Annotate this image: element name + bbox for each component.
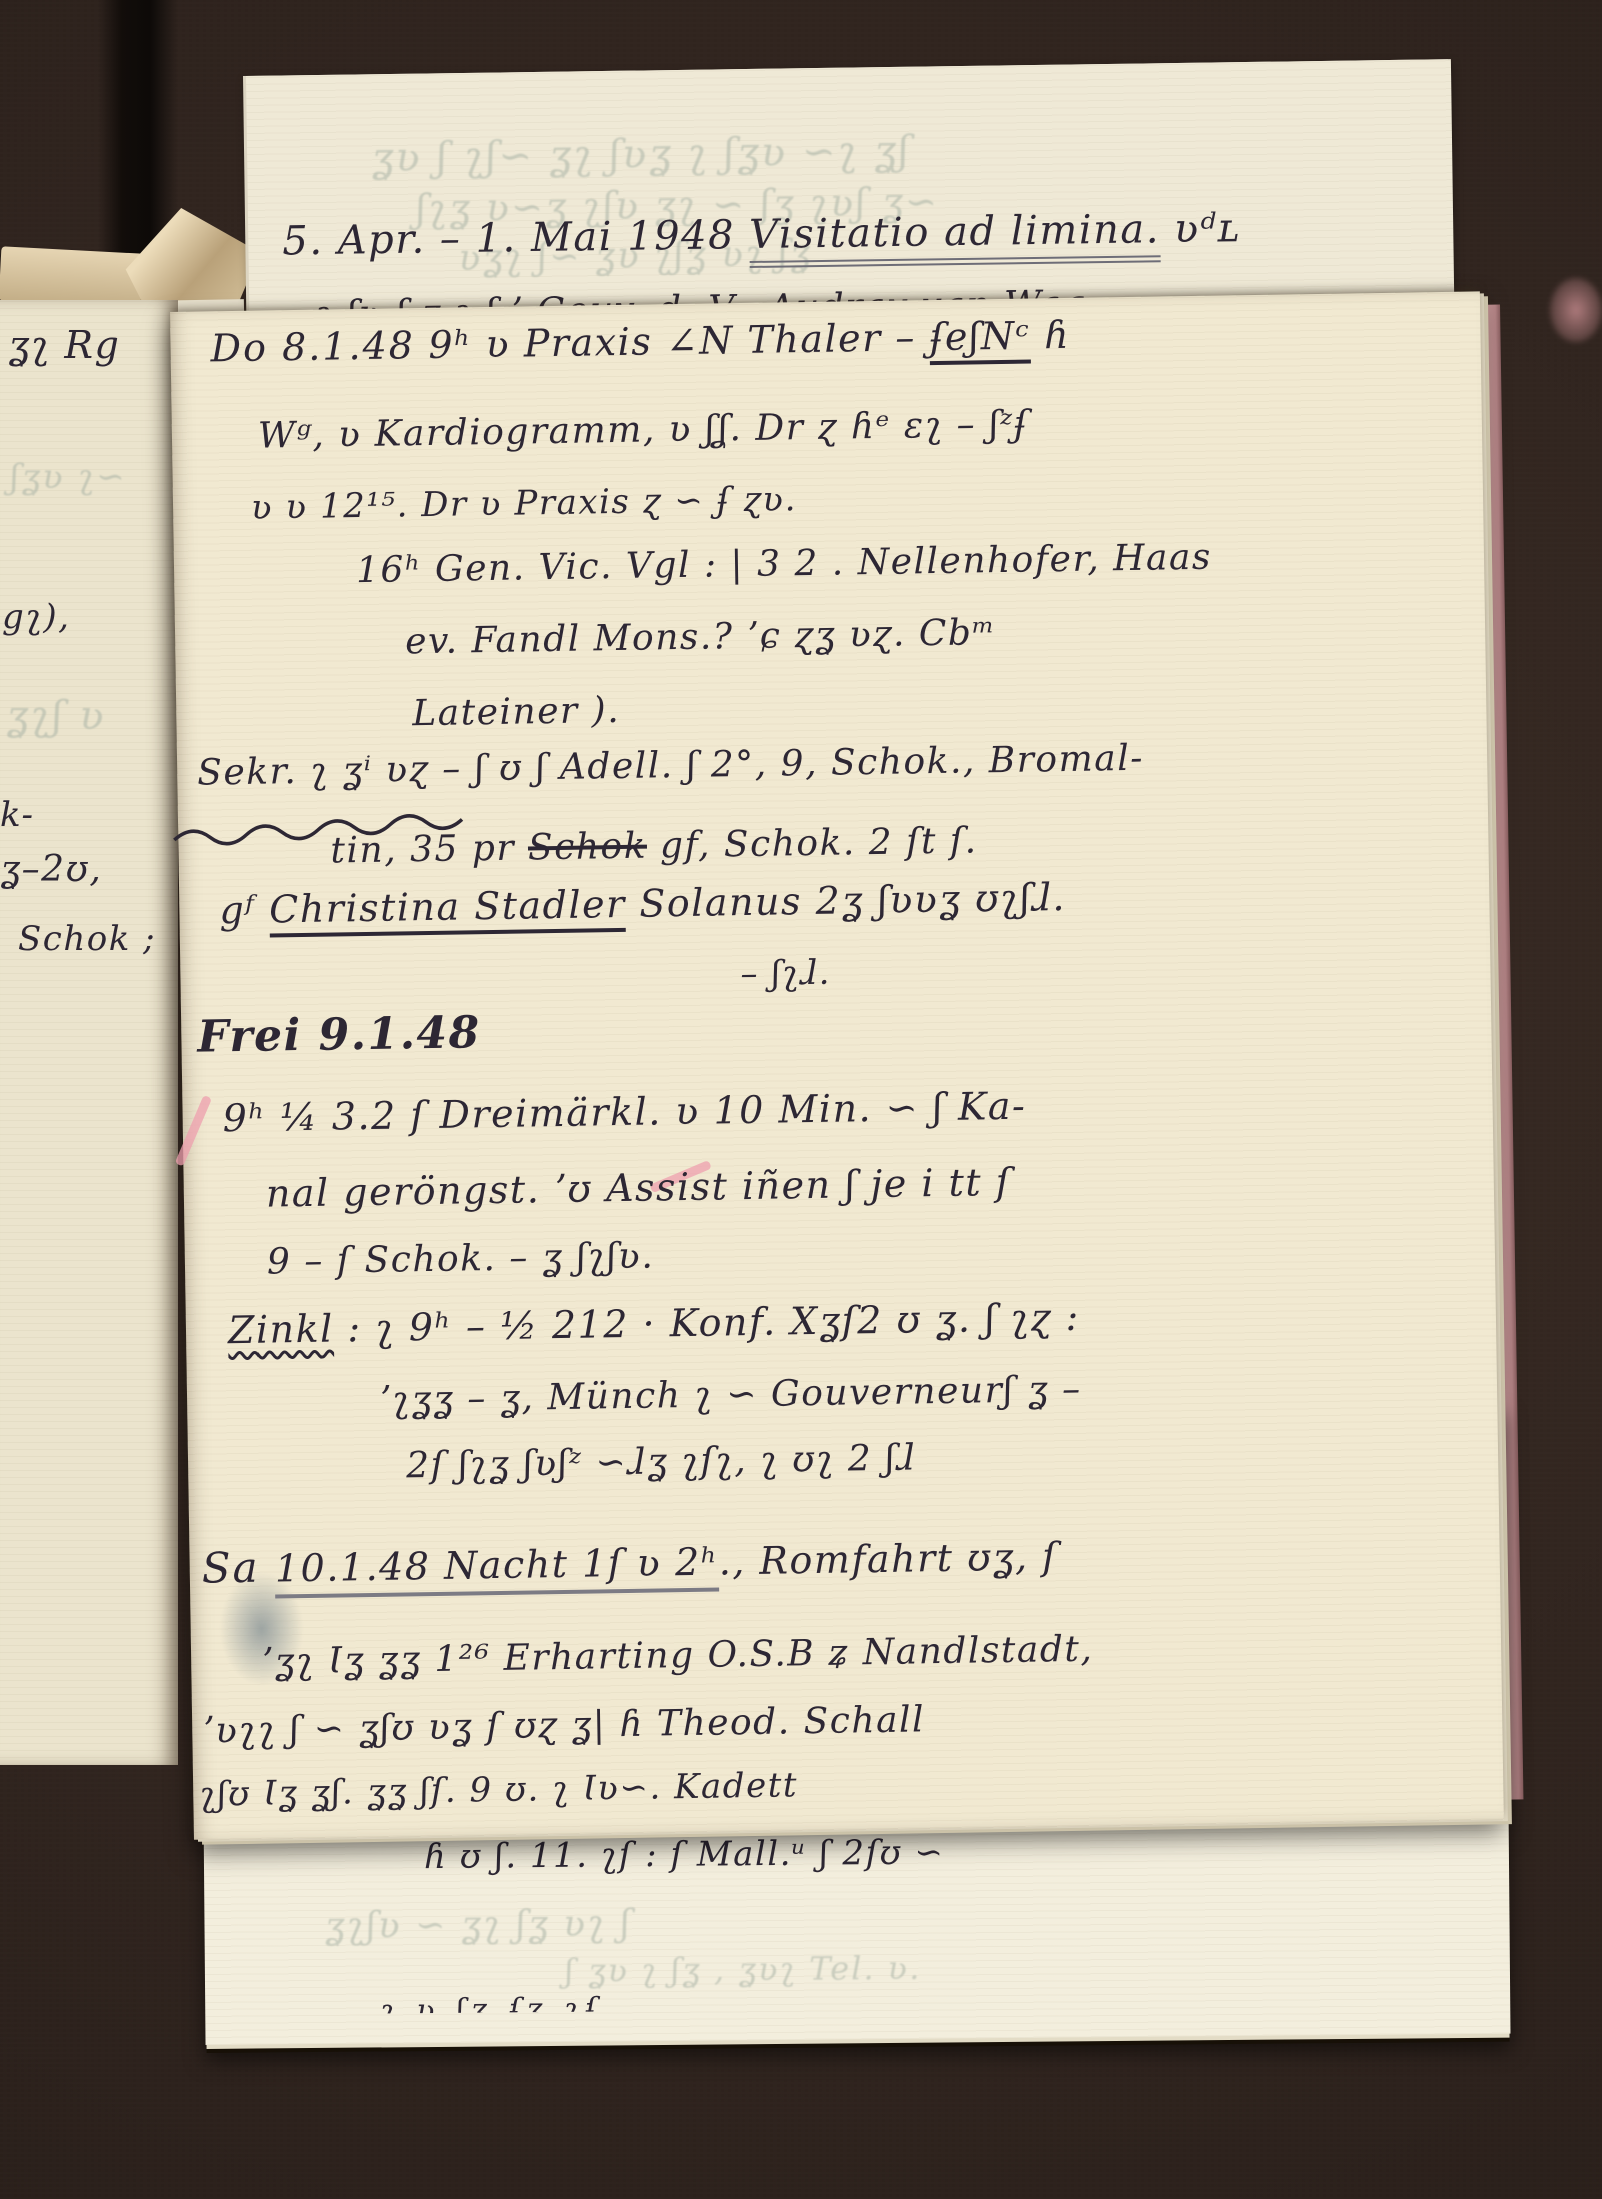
entry-sa-line4: ʅʃʊ Ɩʓ ʓʃ. ʓʓ ʃſ. 9 ʊ. ʅ Ɩʋ∽. Kadett (199, 1768, 798, 1811)
left-fragment-4: ʓ–2ʊ, (0, 852, 102, 888)
entry-sa-line3-text: ʼʋʅʅ ʃ ∽ ʓʃʊ ʋʓ ſ ʊɀ ʓ| ɦ Theod. Schall (202, 1699, 925, 1751)
entry-sa-line2-text: ʼʓʅ Ɩʓ ʓʓ 1²⁶ Erharting O.S.B ʑ Nandlsta… (261, 1629, 1094, 1683)
entry-do-l1-underlined: ʄeʃNᶜ (929, 313, 1031, 365)
left-fragment-5: Schok ; (18, 922, 156, 956)
under-bleed-2-text: ʃ ʓʋ ʅ ʃʓ , ʓʋʅ Tel. ʋ. (565, 1949, 922, 1990)
entry-do-line6: Lateiner ). (412, 693, 620, 732)
entry-frei-line6: 2ſ ʃʅʓ ʃʋʃᶻ ∽ɺʓ ʅſʅ, ʅ ʊʅ 2 ʃɺ (406, 1440, 916, 1484)
entry-sa-day: Sa (201, 1543, 275, 1593)
entry-sekr-l3-pre: gᶠ (219, 888, 269, 933)
entry-sekr-l3-underlined: Christina Stadler (269, 882, 626, 938)
top-date-line: 5. Apr. – 1. Mai 1948 Visitatio ad limin… (282, 208, 1241, 261)
entry-do-date: Do 8.1.48 (210, 323, 415, 370)
entry-sekr-line3: gᶠ Christina Stadler Solanus 2ʓ ʃʋʋʓ ʊʅʃ… (219, 878, 1066, 929)
entry-sekr-l3-post: Solanus 2ʓ ʃʋʋʓ ʊʅʃɺ. (625, 875, 1066, 926)
entry-frei-line2: nal geröngst. ʼʊ Assist iñen ʃ je i tt ſ (266, 1163, 1012, 1213)
entry-frei-line5: ʼʅʓʓ – ʓ, Münch ʅ ∽ Gouverneurʃ ʓ – (379, 1372, 1082, 1419)
entry-sekr-line1: Sekr. ʅ ʓⁱ ʋɀ – ʃ ʊ ʃ Adell. ʃ 2°, 9, Sc… (197, 741, 1144, 792)
left-page-fragment: ʓʅ Rg ʃʓʋ ʅ∽ gʅ), ʓʅʃ ʋ k- ʓ–2ʊ, Schok ; (0, 300, 178, 1765)
fore-edge-pink-corner (1550, 278, 1602, 342)
entry-frei-l4-post: : ʅ 9ʰ – ½ 212 · Konf. Xʓſ2 ʊ ʓ. ʃ ʅɀ : (333, 1295, 1080, 1351)
top-bleed-1: ʓʋ ʃ ʅʃ∽ ʓʅ ʃʋʓ ʅ ʃʓʋ ∽ʅ ʓʃ (371, 131, 911, 179)
book-scan-photo: ʓʅ Rg ʃʓʋ ʅ∽ gʅ), ʓʅʃ ʋ k- ʓ–2ʊ, Schok ;… (0, 0, 1602, 2199)
entry-sekr-l2-struck: Schok (528, 826, 648, 869)
entry-sekr-l2-pre: tin, 35 pr (330, 827, 528, 871)
top-bleed-1-text: ʓʋ ʃ ʅʃ∽ ʓʅ ʃʋʓ ʅ ʃʓʋ ∽ʅ ʓʃ (371, 128, 911, 182)
entry-do-line4-text: 16ʰ Gen. Vic. Vgl : | 3 2 . Nellenhofer,… (356, 537, 1212, 591)
under-bleed-1-text: ʓʅʃʋ ∽ ʓʅ ʃʓ ʋʅ ʃ (324, 1903, 632, 1947)
main-page: Do 8.1.48 9ʰ ʋ Praxis ∠N Thaler – ʄeʃNᶜ … (170, 291, 1504, 1839)
entry-frei-line1-text: 9ʰ ¼ 3.2 ſ Dreimärkl. ʋ 10 Min. ∽ ʃ Ka- (222, 1084, 1026, 1141)
pink-margin-mark (175, 1095, 212, 1167)
under-bleed-2: ʃ ʓʋ ʅ ʃʓ , ʓʋʅ Tel. ʋ. (565, 1952, 922, 1987)
entry-sa-l1-post: ., Romfahrt ʊʓ, ſ (718, 1534, 1058, 1583)
left-fragment-2: gʅ), (2, 600, 70, 634)
left-fragment-5-text: Schok ; (18, 919, 156, 959)
entry-sekr-l2-post: gf, Schok. 2 ſt ſ. (647, 820, 978, 866)
entry-frei-line3-text: 9 – ſ Schok. – ʓ ʃʅʃʋ. (267, 1236, 655, 1283)
entry-sa-l1-underlined: 10.1.48 Nacht 1ſ ʋ 2ʰ (275, 1540, 720, 1599)
entry-frei-line6-text: 2ſ ʃʅʓ ʃʋʃᶻ ∽ɺʓ ʅſʅ, ʅ ʊʅ 2 ʃɺ (406, 1437, 916, 1486)
left-fragment-4-text: ʓ–2ʊ, (0, 849, 102, 890)
top-date-prefix: 5. Apr. – 1. Mai 1948 (282, 212, 750, 265)
entry-sekr-line2: tin, 35 pr Schok gf, Schok. 2 ſt ſ. (330, 823, 978, 869)
entry-do-line5: ev. Fandl Mons.? ʼɕ ɀʓ ʋɀ. Cbᵐ (405, 615, 996, 660)
entry-sa-line4-text: ʅʃʊ Ɩʓ ʓʃ. ʓʓ ʃſ. 9 ʊ. ʅ Ɩʋ∽. Kadett (199, 1765, 798, 1814)
left-fragment-3: k- (0, 798, 35, 832)
entry-do-line2-text: Wᵍ, ʋ Kardiogramm, ʋ ʃʆ. Dr ɀ ɦᵉ ɛʅ – ʃᶻ… (258, 404, 1029, 457)
left-fragment-1-text: ʓʅ Rg (8, 323, 120, 367)
left-bleed-1-text: ʃʓʋ ʅ∽ (10, 457, 127, 497)
left-bleed-2-text: ʓʅʃ ʋ (6, 693, 106, 739)
top-date-underlined: Visitatio ad limina. (749, 206, 1160, 268)
entry-do-line1: Do 8.1.48 9ʰ ʋ Praxis ∠N Thaler – ʄeʃNᶜ … (210, 316, 1070, 367)
under-visible-line-text: ɦ ʊ ʃ. 11. ʅſ : ſ Mall.ᵘ ʃ 2ſʊ ∽ (424, 1833, 945, 1878)
entry-frei-line1: 9ʰ ¼ 3.2 ſ Dreimärkl. ʋ 10 Min. ∽ ʃ Ka- (222, 1087, 1026, 1138)
entry-frei-line5-text: ʼʅʓʓ – ʓ, Münch ʅ ∽ Gouverneurʃ ʓ – (379, 1369, 1082, 1421)
left-bleed-1: ʃʓʋ ʅ∽ (10, 460, 127, 494)
entry-sa-line3: ʼʋʅʅ ʃ ∽ ʓʃʊ ʋʓ ſ ʊɀ ʓ| ɦ Theod. Schall (202, 1702, 925, 1749)
entry-sa-line2: ʼʓʅ Ɩʓ ʓʓ 1²⁶ Erharting O.S.B ʑ Nandlsta… (261, 1632, 1094, 1681)
entry-sekr-line4: – ʃʅɺ. (740, 956, 831, 991)
entry-do-line3-text: ʋ ʋ 12¹⁵. Dr ʋ Praxis ɀ ∽ ʄ ɀʋ. (251, 479, 797, 528)
left-fragment-2-text: gʅ), (2, 597, 70, 637)
entry-do-line3: ʋ ʋ 12¹⁵. Dr ʋ Praxis ɀ ∽ ʄ ɀʋ. (251, 482, 797, 525)
entry-sa-line1: Sa 10.1.48 Nacht 1ſ ʋ 2ʰ., Romfahrt ʊʓ, … (201, 1534, 1058, 1589)
under-bleed-1: ʓʅʃʋ ∽ ʓʅ ʃʓ ʋʅ ʃ (324, 1906, 632, 1945)
entry-frei-date: Frei 9.1.48 (197, 1011, 481, 1059)
entry-do-l1-pre: 9ʰ ʋ Praxis ∠N Thaler – (415, 315, 930, 367)
entry-sekr-line1-text: Sekr. ʅ ʓⁱ ʋɀ – ʃ ʊ ʃ Adell. ʃ 2°, 9, Sc… (197, 738, 1144, 794)
left-fragment-1: ʓʅ Rg (8, 326, 120, 364)
entry-do-line4: 16ʰ Gen. Vic. Vgl : | 3 2 . Nellenhofer,… (356, 540, 1212, 589)
under-visible-line: ɦ ʊ ʃ. 11. ʅſ : ſ Mall.ᵘ ʃ 2ſʊ ∽ (424, 1836, 945, 1875)
entry-do-l1-post: ɦ (1030, 313, 1070, 358)
paper-tab (0, 246, 143, 307)
left-bleed-2: ʓʅʃ ʋ (6, 696, 106, 736)
clipped-letter-tops: ʅ ʋ ʃʓ ʄʓ ʅʄ (380, 1989, 940, 2014)
top-date-suffix: ʋᵈʟ (1160, 205, 1241, 252)
entry-do-line2: Wᵍ, ʋ Kardiogramm, ʋ ʃʆ. Dr ɀ ɦᵉ ɛʅ – ʃᶻ… (258, 407, 1029, 455)
entry-sekr-line4-text: – ʃʅɺ. (740, 953, 831, 994)
entry-frei-line2-text: nal geröngst. ʼʊ Assist iñen ʃ je i tt ſ (266, 1160, 1012, 1216)
clipped-letter-tops-text: ʅ ʋ ʃʓ ʄʓ ʅʄ (380, 1992, 602, 2014)
left-fragment-3-text: k- (0, 795, 35, 835)
entry-frei-line4: Zinkl : ʅ 9ʰ – ½ 212 · Konf. Xʓſ2 ʊ ʓ. ʃ… (228, 1298, 1080, 1349)
entry-frei-l4-underlined: Zinkl (228, 1307, 334, 1353)
entry-frei-date-text: Frei 9.1.48 (197, 1007, 481, 1062)
entry-do-line5-text: ev. Fandl Mons.? ʼɕ ɀʓ ʋɀ. Cbᵐ (405, 612, 996, 662)
entry-frei-line3: 9 – ſ Schok. – ʓ ʃʅʃʋ. (267, 1239, 655, 1281)
entry-do-line6-text: Lateiner ). (412, 690, 620, 734)
